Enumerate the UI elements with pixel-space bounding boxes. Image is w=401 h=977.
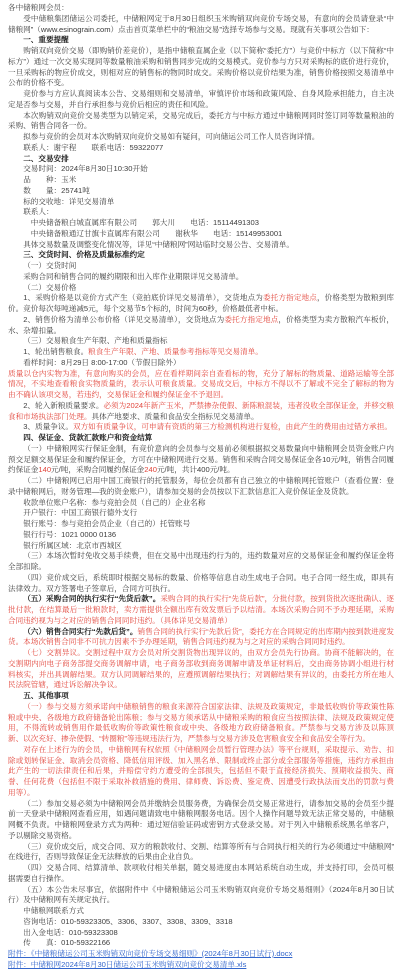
heading-section-4: 四、保证金、货款汇款账户和资金结算 <box>8 433 394 444</box>
paragraph-text: 具体交易数量及调整变化情况等，详见“中储粮网”网站临时交易公告、交易清单。 <box>23 240 294 249</box>
paragraph: （五）采购合同的执行实行“先货后款”。采购合同的执行实行“先货后款”，分批付款，… <box>8 594 394 626</box>
paragraph: 2、销售价格为清单公布价格（详见交易清单），交货地点为委托方指定地点，价格类型为… <box>8 315 394 337</box>
paragraph-text: （五）本公告未尽事宜，依据附件中《中储粮储运公司玉米购销双向竞价专场交易细则》（… <box>8 885 394 905</box>
bank-line: 银行账号：参与竞拍会员企业（自己的）托管账号 <box>8 519 394 530</box>
paragraph: （一）中储粮网实行保证金制，有竞价意向的会员参与交易前必须根据拟交易数量向中储粮… <box>8 444 394 476</box>
depot-contact-line: 中央储备粮通辽甘旗卡直属库有限公司 谢秋华 电话：15149953001 <box>8 229 394 240</box>
salutation-text: 各中储粮网会员： <box>8 3 69 12</box>
phone-line-text: 咨询电话：010-59323305、3306、3307、3308、3309、33… <box>23 917 232 926</box>
paragraph: 质量以仓内实物为准，有意向购买的会员，应在看样期间亲自查看标的物，充分了解标的物… <box>8 369 394 401</box>
paragraph-text: 粮食生产年限、产地、质量参考指标等见交易清单。 <box>88 347 263 356</box>
paragraph: （五）本公告未尽事宜，依据附件中《中储粮储运公司玉米购销双向竞价专场交易细则》（… <box>8 885 394 907</box>
phone-line-text: 出入金电话：010-59323308 <box>23 928 118 937</box>
heading-section-5-text: 五、其他事项 <box>23 691 69 700</box>
paragraph-text: 具体产地要求、质量和食品安全指标见交易清单。 <box>92 412 259 421</box>
paragraph-text: 购销双向竞价交易（即购销价差竞价），是指中储粮直属企业（以下简称“委托方”）与竞… <box>8 46 394 87</box>
bank-line: 开户银行：中国工商银行德外支行 <box>8 508 394 519</box>
paragraph-text: （二）中储粮网已启用中国工商银行的托管服务，每位会员都有自己独立的中储粮网托管账… <box>8 476 394 496</box>
heading-section-3-text: 三、交货时间、价格及质量标准约定 <box>23 250 145 259</box>
bank-line-text: 开户银行：中国工商银行德外支行 <box>23 508 137 517</box>
heading-section-1-text: 一、重要提醒 <box>23 35 69 44</box>
depot-contact-line-text: 中央储备粮白城直属库有限公司 郭大川 电话：15114491303 <box>31 218 259 227</box>
paragraph-text: 质量以仓内实物为准，有意向购买的会员，应在看样期间亲自查看标的物，充分了解标的物… <box>8 369 394 400</box>
paragraph-text: 拟参与竞价的会员对本次购销双向竞价交易如有疑问，可向储运公司工作人员咨询详情。 <box>23 132 319 141</box>
paragraph: 具体交易数量及调整变化情况等，详见“中储粮网”网站临时交易公告、交易清单。 <box>8 240 394 251</box>
paragraph: 拟参与竞价的会员对本次购销双向竞价交易如有疑问，可向储运公司工作人员咨询详情。 <box>8 132 394 143</box>
paragraph: 采购合同和销售合同的履约期限和出入库作业期限详见交易清单。 <box>8 272 394 283</box>
subheading-text: （二）交易价格 <box>23 283 76 292</box>
paragraph-text: 3、质量争议。 <box>23 422 73 431</box>
paragraph-text: （二）参加交易必须为中储粮网会员并缴纳会员服务费，为确保会员交易正常进行，请参加… <box>8 799 394 840</box>
paragraph-text: 2、轮入新粮质量要求。 <box>23 401 103 410</box>
paragraph-text: （六）销售合同实行“先款后货”。 <box>23 627 137 636</box>
bank-line: 银行所属区域：北京市西城区 <box>8 541 394 552</box>
paragraph-text: 1、采购价格是以竞价方式产生（竞拍底价详见交易清单），交货地点为 <box>23 293 263 302</box>
paragraph-text: 本次购销双向竞价交易类型为以销定采，交易完成后，委托方与中标方通过中储粮网同时签… <box>8 111 394 131</box>
paragraph: （七）交割异议。交割过程中双方会员对所交割货物出现异议的，由双方会员先行协商。协… <box>8 648 394 691</box>
attachment-link[interactable]: 附件：中储粮网2024年8月30日储运公司玉米购销双向竞价交易清单.xls <box>8 960 246 969</box>
paragraph-text: 240 <box>144 465 157 474</box>
quantity-line-text: 数 量：25741吨 <box>23 186 90 195</box>
paragraph-text: （七）交割异议。交割过程中双方会员对所交割货物出现异议的，由双方会员先行协商。协… <box>8 648 394 689</box>
paragraph-text: 元/吨，采购合同履约保证金 <box>51 465 144 474</box>
depot-contact-line-text: 中央储备粮通辽甘旗卡直属库有限公司 谢秋华 电话：15149953001 <box>31 229 282 238</box>
paragraph-text: 140 <box>38 465 51 474</box>
salutation: 各中储粮网会员： <box>8 3 394 14</box>
paragraph: （一）参与交易方须承诺向中储粮销售的粮食来源符合国家法律、法规及政策规定，非最低… <box>8 702 394 745</box>
paragraph-text: 双方如有质量争议，可申请有资质的第三方检测机构进行复检，由此产生的费用由过错方承… <box>73 422 392 431</box>
sample-time-line-text: 看样时间：8月29日 8:00-17:00（节假日除外） <box>23 358 180 367</box>
heading-section-3: 三、交货时间、价格及质量标准约定 <box>8 250 394 261</box>
paragraph-text: （三）竞价成交后，成交合同、双方的粮款收付、交割、结算等所有与合同执行相关的行为… <box>8 842 394 862</box>
contact-line-text: 联系人：谢宇程 联系电话：59322077 <box>23 143 163 152</box>
paragraph-text: （四）交易合同、结算清单、款项收付相关单据，随交易进度由本网站系统自动生成，并支… <box>8 863 394 883</box>
bank-line-text: 收款单位账户名称：参与竞拍会员（自己的）企业名称 <box>23 498 205 507</box>
contacts-label-text: 联系人： <box>23 207 53 216</box>
paragraph: 竞价参与方应认真阅读本公告、交易细则和交易清单，审慎评价市场和政策风险、自身风险… <box>8 89 394 111</box>
intro-paragraph-text: 受中储粮集团储运公司委托，中储粮网定于8月30日组织玉米购销双向竞价专场交易，有… <box>8 14 394 34</box>
paragraph: 本次购销双向竞价交易类型为以销定采，交易完成后，委托方与中标方通过中储粮网同时签… <box>8 111 394 133</box>
intro-paragraph: 受中储粮集团储运公司委托，中储粮网定于8月30日组织玉米购销双向竞价专场交易，有… <box>8 14 394 36</box>
paragraph-text: （一）参与交易方须承诺向中储粮销售的粮食来源符合国家法律、法规及政策规定，非最低… <box>8 702 394 743</box>
paragraph: 3、质量争议。双方如有质量争议，可申请有资质的第三方检测机构进行复检，由此产生的… <box>8 422 394 433</box>
paragraph-text: 元/吨，共计400元/吨。 <box>157 465 235 474</box>
paragraph: 2、轮入新粮质量要求。必须为2024年新产玉米，严禁掺杂使假、新陈粮混装，违者没… <box>8 401 394 423</box>
subheading: （二）交易价格 <box>8 283 394 294</box>
heading-section-2-text: 二、交易安排 <box>23 154 69 163</box>
paragraph: （四）交易合同、结算清单、款项收付相关单据，随交易进度由本网站系统自动生成，并支… <box>8 863 394 885</box>
paragraph-text: （五）采购合同的执行实行“先货后款”。 <box>23 594 160 603</box>
phone-line: 咨询电话：010-59323305、3306、3307、3308、3309、33… <box>8 917 394 928</box>
attachment-link[interactable]: 附件：《中储粮储运公司玉米购销双向竞价专场交易细则》(2024年8月30日试行)… <box>8 949 292 958</box>
paragraph-text: 委托方指定地点 <box>263 293 317 302</box>
paragraph-text: （四）竞价成交后，系统即时根据交易标的数量、价格等信息自动生成电子合同。电子合同… <box>8 573 394 593</box>
paragraph: （三）竞价成交后，成交合同、双方的粮款收付、交割、结算等所有与合同执行相关的行为… <box>8 842 394 864</box>
paragraph: 1、轮出销售粮食。粮食生产年限、产地、质量参考指标等见交易清单。 <box>8 347 394 358</box>
bank-line: 收款单位账户名称：参与竞拍会员（自己的）企业名称 <box>8 498 394 509</box>
paragraph: （三）本场次暂时免收交易手续费，但在交易中出现违约行为的，违约数量对应的交易保证… <box>8 551 394 573</box>
delivery-place-line-text: 标的交收地：详见交易清单 <box>23 197 114 206</box>
paragraph-text: 2、销售价格为清单公布价格（详见交易清单），交货地点为 <box>23 315 224 324</box>
sample-time-line: 看样时间：8月29日 8:00-17:00（节假日除外） <box>8 358 394 369</box>
subheading: （一）交货时间 <box>8 261 394 272</box>
fax-line: 传 真：010-59322166 <box>8 938 394 949</box>
phone-line: 出入金电话：010-59323308 <box>8 928 394 939</box>
heading-section-5: 五、其他事项 <box>8 691 394 702</box>
announcement-document: 各中储粮网会员：受中储粮集团储运公司委托，中储粮网定于8月30日组织玉米购销双向… <box>0 0 401 977</box>
heading-section-4-text: 四、保证金、货款汇款账户和资金结算 <box>23 433 152 442</box>
attachment-2: 附件：中储粮网2024年8月30日储运公司玉米购销双向竞价交易清单.xls <box>8 960 394 971</box>
subheading-text: （一）交货时间 <box>23 261 76 270</box>
heading-section-2: 二、交易安排 <box>8 154 394 165</box>
contacts-label: 联系人： <box>8 207 394 218</box>
contact-line: 联系人：谢宇程 联系电话：59322077 <box>8 143 394 154</box>
paragraph: （六）销售合同实行“先款后货”。销售合同的执行实行“先款后货”，委托方在合同规定… <box>8 627 394 649</box>
quantity-line: 数 量：25741吨 <box>8 186 394 197</box>
bank-line-text: 银行所属区域：北京市西城区 <box>23 541 122 550</box>
trade-time-line: 交易时间：2024年8月30日10:30开始 <box>8 164 394 175</box>
trade-time-line-text: 交易时间：2024年8月30日10:30开始 <box>23 164 148 173</box>
subheading-text: （三）交易粮食生产年限、产地和质量指标 <box>23 336 167 345</box>
paragraph: （二）参加交易必须为中储粮网会员并缴纳会员服务费，为确保会员交易正常进行，请参加… <box>8 799 394 842</box>
bank-line-text: 银行行号：1021 0000 0136 <box>23 530 116 539</box>
depot-contact-line: 中央储备粮白城直属库有限公司 郭大川 电话：15114491303 <box>8 218 394 229</box>
paragraph-text: 竞价参与方应认真阅读本公告、交易细则和交易清单，审慎评价市场和政策风险、自身风险… <box>8 89 394 109</box>
bank-line: 银行行号：1021 0000 0136 <box>8 530 394 541</box>
paragraph-text: （三）本场次暂时免收交易手续费，但在交易中出现违约行为的，违约数量对应的交易保证… <box>8 551 394 571</box>
fax-line-text: 传 真：010-59322166 <box>23 938 110 947</box>
paragraph: 1、采购价格是以竞价方式产生（竞拍底价详见交易清单），交货地点为委托方指定地点，… <box>8 293 394 315</box>
paragraph: （四）竞价成交后，系统即时根据交易标的数量、价格等信息自动生成电子合同。电子合同… <box>8 573 394 595</box>
paragraph-text: 1、轮出销售粮食。 <box>23 347 88 356</box>
paragraph-text: 委托方指定地点 <box>224 315 278 324</box>
paragraph-text: 采购合同和销售合同的履约期限和出入库作业期限详见交易清单。 <box>23 272 243 281</box>
paragraph: 购销双向竞价交易（即购销价差竞价），是指中储粮直属企业（以下简称“委托方”）与竞… <box>8 46 394 89</box>
paragraph-text: 对存在上述行为的会员，中储粮网有权依照《中储粮网会员暂行管理办法》等平台规则，采… <box>8 745 394 797</box>
bank-line-text: 银行账号：参与竞拍会员企业（自己的）托管账号 <box>23 519 190 528</box>
subheading: （三）交易粮食生产年限、产地和质量指标 <box>8 336 394 347</box>
paragraph: 对存在上述行为的会员，中储粮网有权依照《中储粮网会员暂行管理办法》等平台规则，采… <box>8 745 394 799</box>
heading-section-1: 一、重要提醒 <box>8 35 394 46</box>
contact-title-line: 中储粮网联系方式 <box>8 906 394 917</box>
contact-title-line-text: 中储粮网联系方式 <box>23 906 84 915</box>
attachment-1: 附件：《中储粮储运公司玉米购销双向竞价专场交易细则》(2024年8月30日试行)… <box>8 949 394 960</box>
variety-line-text: 品 种：玉米 <box>23 175 76 184</box>
paragraph: （二）中储粮网已启用中国工商银行的托管服务，每位会员都有自己独立的中储粮网托管账… <box>8 476 394 498</box>
variety-line: 品 种：玉米 <box>8 175 394 186</box>
delivery-place-line: 标的交收地：详见交易清单 <box>8 197 394 208</box>
